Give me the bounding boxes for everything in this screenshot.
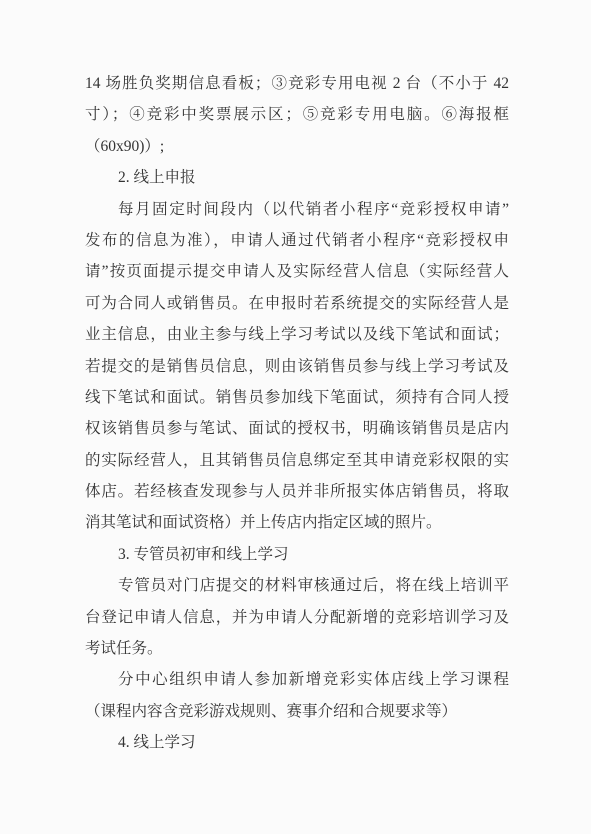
body-text-line: 权该销售员参与笔试、面试的授权书，明确该销售员是店内: [85, 413, 509, 444]
body-text-line: （60x90)）;: [85, 131, 509, 162]
document-text-block: 14 场胜负奖期信息看板；③竞彩专用电视 2 台（不小于 42寸）；④竞彩中奖票…: [85, 68, 509, 759]
body-text-line: 线下笔试和面试。销售员参加线下笔面试，须持有合同人授: [85, 382, 509, 413]
body-text-line: 业主信息，由业主参与线上学习考试以及线下笔试和面试；: [85, 319, 509, 350]
body-text-line: 台登记申请人信息，并为申请人分配新增的竞彩培训学习及: [85, 602, 509, 633]
section-heading-line: 4. 线上学习: [85, 727, 509, 758]
section-heading-line: 3. 专管员初审和线上学习: [85, 539, 509, 570]
body-text-line: 寸）；④竞彩中奖票展示区；⑤竞彩专用电脑。⑥海报框: [85, 99, 509, 130]
body-text-line: 每月固定时间段内（以代销者小程序“竞彩授权申请”: [85, 194, 509, 225]
body-text-line: （课程内容含竞彩游戏规则、赛事介绍和合规要求等）: [85, 696, 509, 727]
body-text-line: 考试任务。: [85, 633, 509, 664]
body-text-line: 14 场胜负奖期信息看板；③竞彩专用电视 2 台（不小于 42: [85, 68, 509, 99]
body-text-line: 消其笔试和面试资格）并上传店内指定区域的照片。: [85, 507, 509, 538]
body-text-line: 专管员对门店提交的材料审核通过后，将在线上培训平: [85, 570, 509, 601]
body-text-line: 体店。若经核查发现参与人员并非所报实体店销售员，将取: [85, 476, 509, 507]
body-text-line: 发布的信息为准），申请人通过代销者小程序“竞彩授权申: [85, 225, 509, 256]
section-heading-line: 2. 线上申报: [85, 162, 509, 193]
document-page: 14 场胜负奖期信息看板；③竞彩专用电视 2 台（不小于 42寸）；④竞彩中奖票…: [0, 0, 591, 834]
body-text-line: 请”按页面提示提交申请人及实际经营人信息（实际经营人: [85, 256, 509, 287]
body-text-line: 可为合同人或销售员。在申报时若系统提交的实际经营人是: [85, 288, 509, 319]
body-text-line: 若提交的是销售员信息，则由该销售员参与线上学习考试及: [85, 351, 509, 382]
body-text-line: 分中心组织申请人参加新增竞彩实体店线上学习课程: [85, 664, 509, 695]
body-text-line: 的实际经营人，且其销售员信息绑定至其申请竞彩权限的实: [85, 445, 509, 476]
